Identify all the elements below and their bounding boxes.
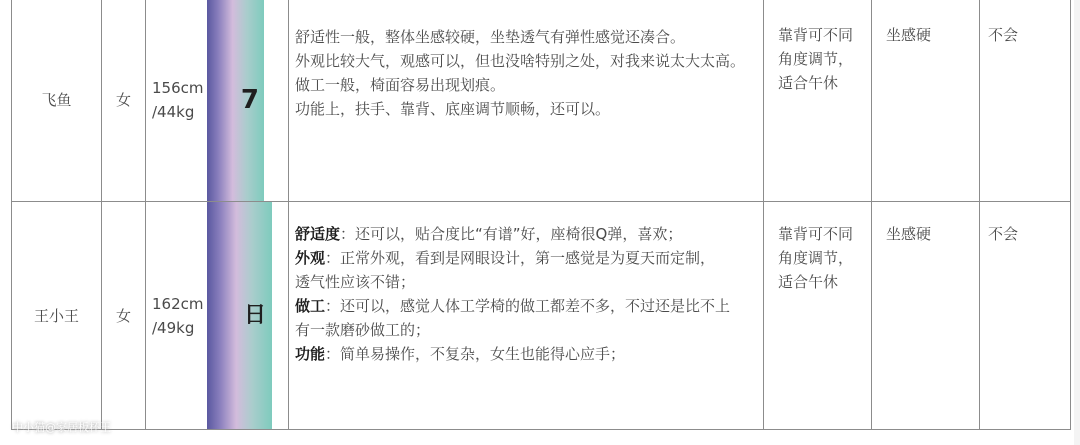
body-weight: /49kg: [152, 316, 204, 340]
desc-line: 做工：还可以，感觉人体工学椅的做工都差不多，不过还是比不上: [295, 294, 757, 318]
reviewer-name: 王小王: [12, 202, 102, 430]
review-description: 舒适性一般，整体坐感较硬，坐垫透气有弹性感觉还凑合。 外观比较大气，观感可以，但…: [289, 0, 764, 202]
feature-cell: 靠背可不同角度调节，适合午休: [764, 0, 872, 202]
reviewer-gender: 女: [102, 0, 146, 202]
body-height: 162cm: [152, 292, 204, 316]
body-score-cell: 156cm /44kg 7: [146, 0, 289, 202]
desc-line: 有一款磨砂做工的；: [295, 318, 757, 342]
body-stats: 156cm /44kg: [152, 76, 204, 124]
reviewer-name: 飞鱼: [12, 0, 102, 202]
desc-line: 功能上，扶手、靠背、底座调节顺畅，还可以。: [295, 97, 757, 121]
desc-line: 舒适度：还可以，贴合度比“有谱”好，座椅很Q弹，喜欢；: [295, 222, 757, 246]
desc-line: 做工一般，椅面容易出现划痕。: [295, 73, 757, 97]
score-value: 7: [241, 88, 259, 112]
sleepy-cell: 不会: [980, 202, 1071, 430]
desc-line: 功能：简单易操作，不复杂，女生也能得心应手；: [295, 342, 757, 366]
review-description: 舒适度：还可以，贴合度比“有谱”好，座椅很Q弹，喜欢； 外观：正常外观，看到是网…: [289, 202, 764, 430]
feature-cell: 靠背可不同角度调节，适合午休: [764, 202, 872, 430]
body-stats: 162cm /49kg: [152, 292, 204, 340]
body-score-cell: 162cm /49kg 日: [146, 202, 289, 430]
sleepy-cell: 不会: [980, 0, 1071, 202]
reviewer-gender: 女: [102, 202, 146, 430]
cons-cell: 坐感硬: [872, 202, 980, 430]
desc-line: 外观：正常外观，看到是网眼设计，第一感觉是为夏天而定制，: [295, 246, 757, 270]
desc-line: 外观比较大气，观感可以，但也没啥特别之处，对我来说太大太高。: [295, 49, 757, 73]
body-height: 156cm: [152, 76, 204, 100]
watermark: 中小猫@家居板杯王: [12, 419, 111, 435]
cons-cell: 坐感硬: [872, 0, 980, 202]
score-value: 日: [244, 304, 266, 328]
table-row: 飞鱼 女 156cm /44kg 7 舒适性一般，整体坐感较硬，坐垫透气有弹性感…: [12, 0, 1071, 202]
page-edge: [1074, 0, 1080, 445]
review-table: 飞鱼 女 156cm /44kg 7 舒适性一般，整体坐感较硬，坐垫透气有弹性感…: [11, 0, 1071, 430]
desc-line: 透气性应该不错；: [295, 270, 757, 294]
desc-line: 舒适性一般，整体坐感较硬，坐垫透气有弹性感觉还凑合。: [295, 25, 757, 49]
table-row: 王小王 女 162cm /49kg 日 舒适度：还可以，贴合度比“有谱”好，座椅…: [12, 202, 1071, 430]
body-weight: /44kg: [152, 100, 204, 124]
review-table-page: 飞鱼 女 156cm /44kg 7 舒适性一般，整体坐感较硬，坐垫透气有弹性感…: [0, 0, 1080, 445]
